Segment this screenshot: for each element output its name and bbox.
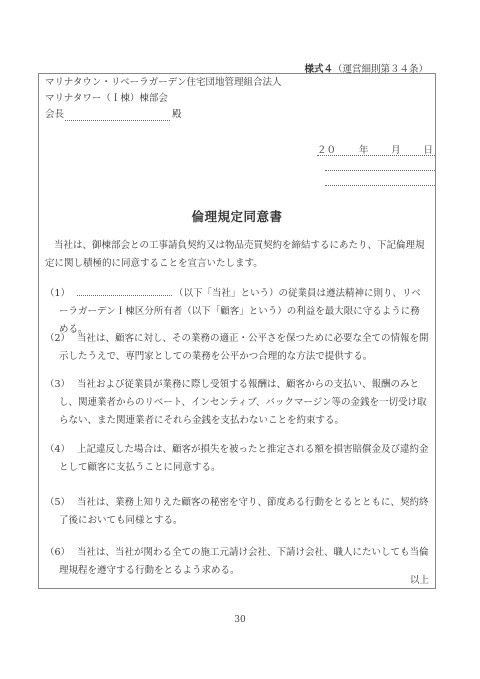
- intro-paragraph: 当社は、御棟部会との工事請負契約又は物品売買契約を締結するにあたり、下記倫理規定…: [45, 237, 429, 273]
- clause-2: （2）当社は、顧客に対し、その業務の適正・公平さを保つために必要な全ての情報を開…: [45, 330, 429, 366]
- day-label: 日: [423, 142, 433, 154]
- clause-number: （1）: [45, 285, 77, 303]
- clause-text: 当社は、顧客に対し、その業務の適正・公平さを保つために必要な全ての情報を開示した…: [59, 333, 429, 362]
- page-number: 30: [0, 615, 480, 625]
- month-label: 月: [391, 142, 401, 154]
- chair-name-field[interactable]: [65, 110, 170, 121]
- year-label: 年: [359, 142, 369, 154]
- clause-text: 当社および従業員が業務に際し受領する報酬は、顧客からの支払い、報酬のみとし、関連…: [59, 379, 427, 426]
- company-name-field[interactable]: [325, 156, 435, 171]
- addressee-chair: 会長殿: [45, 109, 182, 121]
- clause-text: 当社は、当社が関わる全ての施工元請け会社、下請け会社、職人にたいしても当倫理規程…: [59, 547, 429, 576]
- clause-6: （6）当社は、当社が関わる全ての施工元請け会社、下請け会社、職人にたいしても当倫…: [45, 544, 429, 580]
- clause-5: （5）当社は、業務上知りえた顧客の秘密を守り、節度ある行動をとるとともに、契約終…: [45, 494, 429, 530]
- clause-number: （6）: [45, 544, 77, 562]
- chair-prefix: 会長: [45, 109, 64, 120]
- addressee-subcommittee: マリナタワー（Ｉ棟）棟部会: [45, 93, 168, 105]
- year-prefix: ２０: [317, 142, 336, 154]
- addressee-association: マリナタウン・リベーラガーデン住宅団地管理組合法人: [45, 77, 281, 89]
- document-frame: マリナタウン・リベーラガーデン住宅団地管理組合法人 マリナタワー（Ｉ棟）棟部会 …: [38, 73, 436, 589]
- date-field[interactable]: ２０ 年 月 日: [317, 142, 435, 156]
- date-signature-block: ２０ 年 月 日: [317, 142, 435, 186]
- clause-3: （3）当社および従業員が業務に際し受領する報酬は、顧客からの支払い、報酬のみとし…: [45, 376, 429, 430]
- clause-number: （3）: [45, 376, 77, 394]
- chair-suffix: 殿: [172, 109, 182, 120]
- clause-4: （4）上記違反した場合は、顧客が損失を被ったと推定される額を損害賠償金及び違約金…: [45, 441, 429, 477]
- representative-field[interactable]: [325, 171, 435, 186]
- clause-number: （5）: [45, 494, 77, 512]
- company-name-blank[interactable]: [77, 286, 172, 296]
- clause-number: （2）: [45, 330, 77, 348]
- clause-text: 当社は、業務上知りえた顧客の秘密を守り、節度ある行動をとるとともに、契約終了後に…: [59, 497, 429, 526]
- document-title: 倫理規定同意書: [39, 207, 435, 225]
- clause-number: （4）: [45, 441, 77, 459]
- closing-mark: 以上: [410, 572, 429, 586]
- clause-text: 上記違反した場合は、顧客が損失を被ったと推定される額を損害賠償金及び違約金として…: [59, 444, 429, 473]
